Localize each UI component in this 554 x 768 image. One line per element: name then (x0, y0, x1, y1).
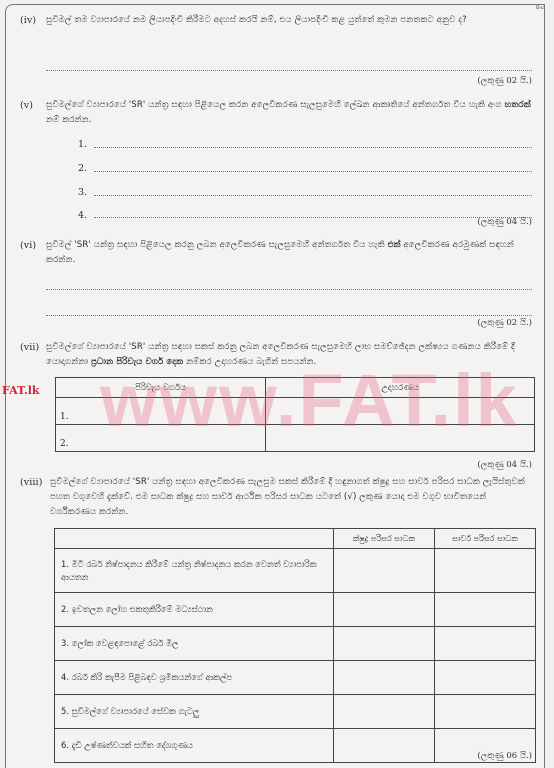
column-header-cost-type: පිරිවැය වර්ගය (56, 378, 266, 398)
cell-macro-checkbox[interactable] (435, 695, 536, 729)
question-number: (v) (20, 98, 33, 113)
item-number: 3. (78, 187, 87, 198)
item-number: 2. (78, 163, 87, 174)
table-row: 2. (56, 425, 535, 452)
column-header-micro: ක්ෂුද්‍ර පරිසර සාධක (334, 529, 435, 549)
answer-line[interactable] (46, 69, 532, 71)
item-number: 4. (78, 210, 87, 221)
side-strip-text: සිංහල (536, 5, 544, 45)
column-header-example: උදාහරණය (266, 378, 535, 398)
marks-label: (ලකුණු 02 යි.) (477, 76, 532, 86)
site-logo-text: FAT.lk (2, 384, 40, 397)
cell-factor: 3. ලෝක වෙළඳපොළේ රබර් මිල (55, 627, 334, 661)
question-number: (viii) (20, 475, 43, 490)
answer-line[interactable] (94, 170, 532, 172)
marks-label: (ලකුණු 02 යි.) (477, 318, 532, 328)
cell-micro-checkbox[interactable] (334, 549, 435, 593)
cell-micro-checkbox[interactable] (334, 729, 435, 763)
table-row: 4. රබර් කිරි කැපීම පිළිබඳව ශ්‍රමිකයන්ගේ … (55, 661, 536, 695)
cell-factor: 6. දැඩි උෂ්ණත්වයක් සහිත දේශගුණය (55, 729, 334, 763)
column-header-macro: සාර්ව පරිසර සාධක (435, 529, 536, 549)
cell-factor: 5. සුවිමල්ගේ ව්‍යාපාරයේ සේවක ගැටලු (55, 695, 334, 729)
cell-example[interactable] (266, 425, 535, 452)
marks-label: (ලකුණු 04 යි.) (477, 460, 532, 470)
cell-macro-checkbox[interactable] (435, 627, 536, 661)
table-row: 5. සුවිමල්ගේ ව්‍යාපාරයේ සේවක ගැටලු (55, 695, 536, 729)
cell-factor: 2. ඉවතලන ලෝහ එකතුකිරීමේ මධ්‍යස්ථාන (55, 593, 334, 627)
question-text: සුවිමල්ගේ ව්‍යාපාරයේ 'SR' යන්ත්‍ර සඳහා ප… (20, 98, 532, 128)
question-number: (iv) (20, 13, 36, 28)
environment-factors-table: ක්ෂුද්‍ර පරිසර සාධක සාර්ව පරිසර සාධක 1. … (54, 528, 536, 763)
question-number: (vii) (20, 340, 39, 355)
item-number: 1. (78, 139, 87, 150)
question-viii: (viii) සුවිමල්ගේ ව්‍යාපාරයේ 'SR' යන්ත්‍ර… (20, 475, 532, 520)
cell-factor: 1. මිටි රබර් නිෂ්පාදනය කිරීමේ යන්ත්‍ර නි… (55, 549, 334, 593)
column-header-factor (55, 529, 334, 549)
cell-macro-checkbox[interactable] (435, 593, 536, 627)
answer-line[interactable] (46, 288, 532, 290)
cell-macro-checkbox[interactable] (435, 549, 536, 593)
question-vii: (vii) සුවිමල්ගේ ව්‍යාපාරයේ 'SR' යන්ත්‍ර … (20, 340, 532, 370)
question-text: සුවිමල් 'SR' යන්ත්‍ර සඳහා පිළියෙල කරනු ල… (20, 238, 532, 268)
table-row: 6. දැඩි උෂ්ණත්වයක් සහිත දේශගුණය (55, 729, 536, 763)
table-row: 2. ඉවතලන ලෝහ එකතුකිරීමේ මධ්‍යස්ථාන (55, 593, 536, 627)
question-number: (vi) (20, 238, 36, 253)
cell-micro-checkbox[interactable] (334, 661, 435, 695)
cell-macro-checkbox[interactable] (435, 661, 536, 695)
answer-line[interactable] (46, 314, 532, 316)
exam-page: සිංහල (iv) සුවිමල් තම ව්‍යාපාරයේ නම ලියා… (5, 4, 545, 768)
question-v: (v) සුවිමල්ගේ ව්‍යාපාරයේ 'SR' යන්ත්‍ර සඳ… (20, 98, 532, 128)
question-text: සුවිමල්ගේ ව්‍යාපාරයේ 'SR' යන්ත්‍ර සඳහා ස… (20, 340, 532, 370)
answer-line[interactable] (94, 194, 532, 196)
cell-micro-checkbox[interactable] (334, 593, 435, 627)
table-row: 1. (56, 398, 535, 425)
cost-types-table: පිරිවැය වර්ගය උදාහරණය 1. 2. (55, 377, 535, 452)
marks-label: (ලකුණු 06 යි.) (477, 751, 532, 761)
question-text: සුවිමල් තම ව්‍යාපාරයේ නම ලියාපදිංචි කිරී… (20, 13, 532, 28)
answer-line[interactable] (94, 146, 532, 148)
table-row: 3. ලෝක වෙළඳපොළේ රබර් මිල (55, 627, 536, 661)
question-vi: (vi) සුවිමල් 'SR' යන්ත්‍ර සඳහා පිළියෙල ක… (20, 238, 532, 268)
answer-line[interactable] (94, 216, 532, 218)
question-iv: (iv) සුවිමල් තම ව්‍යාපාරයේ නම ලියාපදිංචි… (20, 13, 532, 28)
cell-micro-checkbox[interactable] (334, 695, 435, 729)
cell-factor: 4. රබර් කිරි කැපීම පිළිබඳව ශ්‍රමිකයන්ගේ … (55, 661, 334, 695)
table-row: 1. මිටි රබර් නිෂ්පාදනය කිරීමේ යන්ත්‍ර නි… (55, 549, 536, 593)
cell-cost-type[interactable]: 2. (56, 425, 266, 452)
question-text: සුවිමල්ගේ ව්‍යාපාරයේ 'SR' යන්ත්‍ර සඳහා අ… (20, 475, 532, 520)
cell-cost-type[interactable]: 1. (56, 398, 266, 425)
cell-micro-checkbox[interactable] (334, 627, 435, 661)
marks-label: (ලකුණු 04 යි.) (477, 217, 532, 227)
cell-example[interactable] (266, 398, 535, 425)
